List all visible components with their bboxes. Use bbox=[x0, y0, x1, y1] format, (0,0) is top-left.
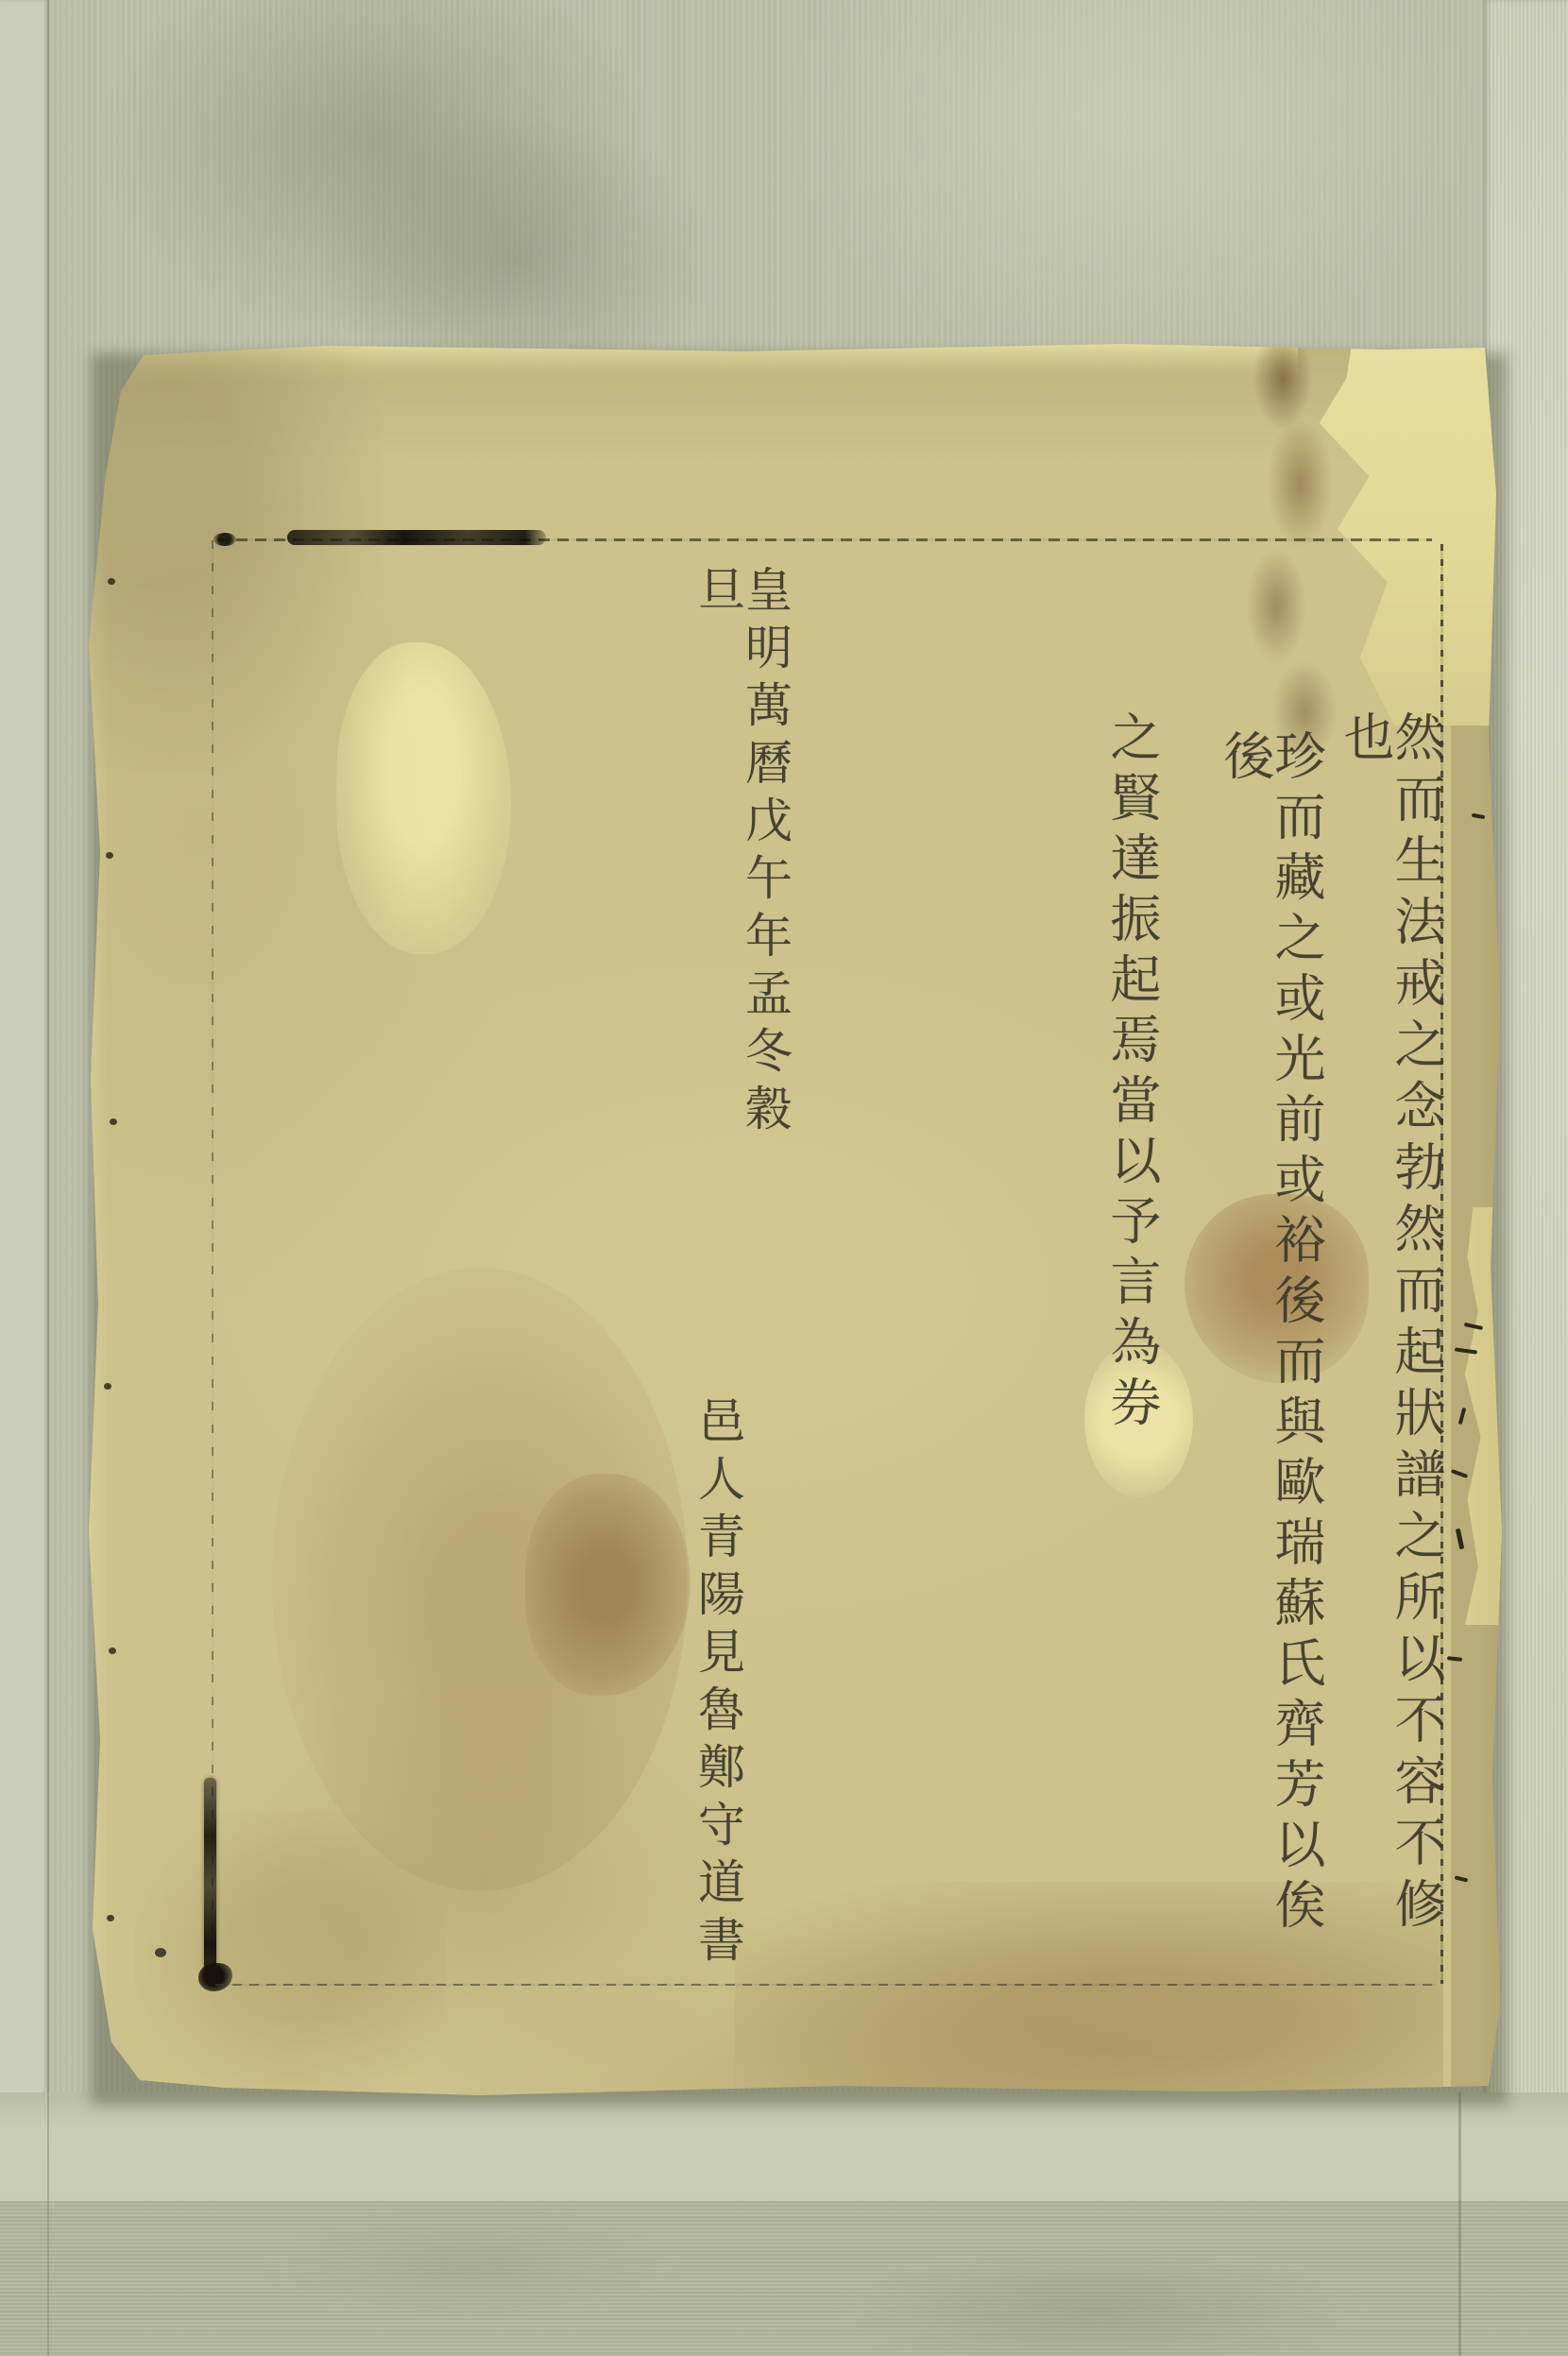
stain-bottom-left bbox=[135, 1811, 447, 2099]
pale-patch-upper-left bbox=[336, 642, 511, 954]
frame-left-rule bbox=[212, 540, 213, 1986]
text-column-signature: 邑人青陽見魯鄭守道書 bbox=[694, 1396, 741, 1972]
text-column-main-2: 珍而藏之或光前或裕後而與歐瑞蘇氏齊芳以俟後 bbox=[1219, 729, 1321, 1995]
mount-seam-left bbox=[47, 0, 49, 2356]
stitch-hole bbox=[110, 1118, 117, 1125]
mount-seam-bottom-right bbox=[1458, 2092, 1461, 2356]
stitch-hole bbox=[108, 578, 115, 585]
mount-seam-bottom bbox=[0, 2201, 1568, 2203]
ink-smear-top-rule bbox=[287, 530, 546, 545]
text-column-main-3: 之賢達振起焉當以予言為券 bbox=[1106, 710, 1157, 1438]
stitch-hole bbox=[107, 1915, 114, 1921]
stitch-hole bbox=[155, 1948, 166, 1957]
ink-blot bbox=[213, 533, 236, 546]
text-column-main-1: 然而生法戒之念勃然而起狀譜之所以不容不修也 bbox=[1339, 710, 1441, 1995]
ink-fragment bbox=[1447, 1656, 1462, 1662]
manuscript-page: 然而生法戒之念勃然而起狀譜之所以不容不修也 珍而藏之或光前或裕後而與歐瑞蘇氏齊芳… bbox=[83, 342, 1502, 2097]
text-column-date: 皇明萬曆戊午年孟冬穀旦 bbox=[694, 565, 789, 1193]
scanned-manuscript-photo: 然而生法戒之念勃然而起狀譜之所以不容不修也 珍而藏之或光前或裕後而與歐瑞蘇氏齊芳… bbox=[0, 0, 1568, 2356]
stain-bottom-band bbox=[735, 1882, 1443, 2099]
mount-bottom-textured-band bbox=[0, 2203, 1568, 2356]
frame-left-rule-heavy-segment bbox=[204, 1778, 216, 1972]
stitch-hole bbox=[109, 1647, 116, 1654]
stitch-hole bbox=[104, 1383, 111, 1390]
mount-left-strip bbox=[0, 0, 49, 2356]
stitch-hole bbox=[106, 852, 113, 859]
mount-bottom-band bbox=[0, 2092, 1568, 2203]
